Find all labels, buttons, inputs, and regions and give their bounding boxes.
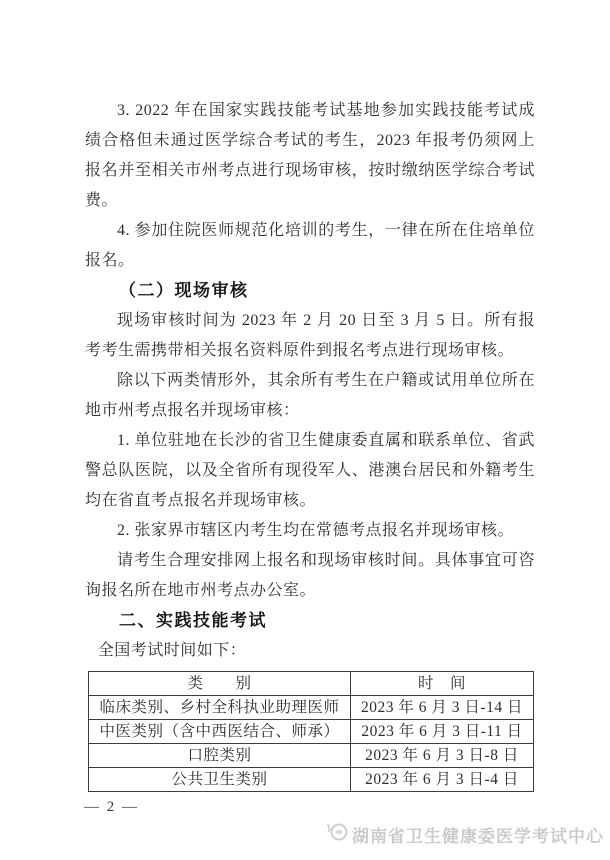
table-cell-time: 2023 年 6 月 3 日-14 日	[351, 696, 534, 720]
watermark-text: 湖南省卫生健康委医学考试中心	[352, 822, 604, 847]
section-heading-practice-exam: 二、实践技能考试	[85, 606, 535, 636]
paragraph-onsite-time: 现场审核时间为 2023 年 2 月 20 日至 3 月 5 日。所有报考考生需…	[85, 306, 535, 366]
exam-center-logo-icon	[325, 820, 349, 849]
paragraph-national-time: 全国考试时间如下：	[85, 636, 535, 666]
paragraph-arrange: 请考生合理安排网上报名和现场审核时间。具体事宜可咨询报名所在地市州考点办公室。	[85, 546, 535, 606]
table-header-category: 类 别	[89, 672, 351, 696]
table-header-row: 类 别 时 间	[89, 672, 534, 696]
section-heading-onsite-review: （二）现场审核	[85, 276, 535, 306]
table-cell-time: 2023 年 6 月 3 日-8 日	[351, 744, 534, 768]
table-cell-category: 中医类别（含中西医结合、师承）	[89, 720, 351, 744]
paragraph-item4: 4. 参加住院医师规范化培训的考生，一律在所在住培单位报名。	[85, 216, 535, 276]
table-cell-time: 2023 年 6 月 3 日-4 日	[351, 768, 534, 792]
document-body: 3. 2022 年在国家实践技能考试基地参加实践技能考试成绩合格但未通过医学综合…	[85, 96, 535, 792]
table-row: 中医类别（含中西医结合、师承） 2023 年 6 月 3 日-11 日	[89, 720, 534, 744]
table-cell-time: 2023 年 6 月 3 日-11 日	[351, 720, 534, 744]
table-cell-category: 公共卫生类别	[89, 768, 351, 792]
paragraph-item3: 3. 2022 年在国家实践技能考试基地参加实践技能考试成绩合格但未通过医学综合…	[85, 96, 535, 216]
table-cell-category: 口腔类别	[89, 744, 351, 768]
paragraph-rule2: 2. 张家界市辖区内考生均在常德考点报名并现场审核。	[85, 516, 535, 546]
paragraph-rule1: 1. 单位驻地在长沙的省卫生健康委直属和联系单位、省武警总队医院，以及全省所有现…	[85, 426, 535, 516]
table-header-time: 时 间	[351, 672, 534, 696]
document-page: 3. 2022 年在国家实践技能考试基地参加实践技能考试成绩合格但未通过医学综合…	[0, 0, 610, 860]
watermark: 湖南省卫生健康委医学考试中心	[325, 820, 604, 849]
exam-schedule-table: 类 别 时 间 临床类别、乡村全科执业助理医师 2023 年 6 月 3 日-1…	[88, 671, 534, 792]
paragraph-exceptions-intro: 除以下两类情形外，其余所有考生在户籍或试用单位所在地市州考点报名并现场审核：	[85, 366, 535, 426]
page-number: — 2 —	[84, 799, 139, 816]
table-cell-category: 临床类别、乡村全科执业助理医师	[89, 696, 351, 720]
table-row: 口腔类别 2023 年 6 月 3 日-8 日	[89, 744, 534, 768]
table-row: 临床类别、乡村全科执业助理医师 2023 年 6 月 3 日-14 日	[89, 696, 534, 720]
table-row: 公共卫生类别 2023 年 6 月 3 日-4 日	[89, 768, 534, 792]
